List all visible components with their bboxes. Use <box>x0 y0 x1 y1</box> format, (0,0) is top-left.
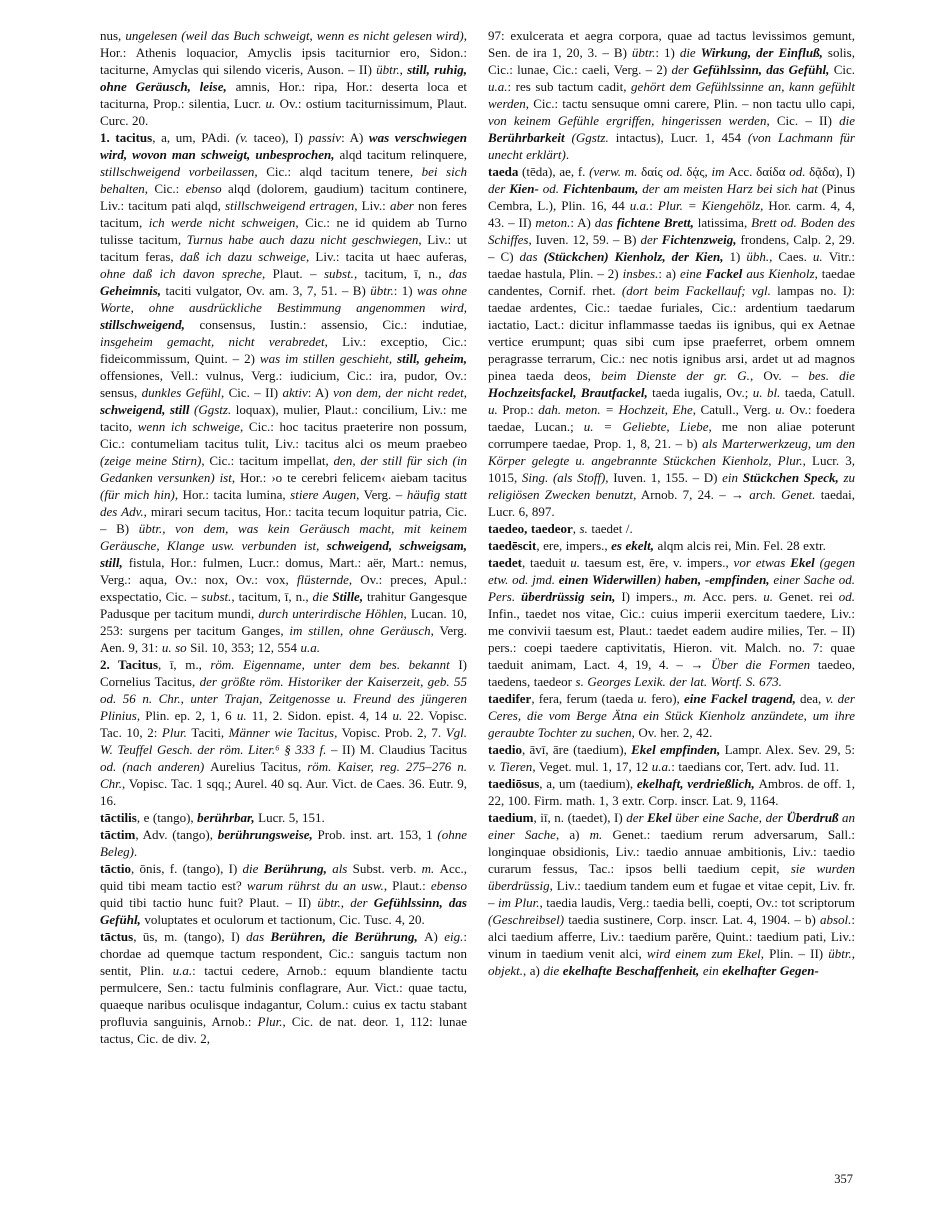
entry-taedescit: taedēscit, ere, impers., es ekelt, alqm … <box>488 537 855 554</box>
entry-tactus-continuation: 97: exulcerata et aegra corpora, quae ad… <box>488 27 855 163</box>
entry-taeda: taeda (tēda), ae, f. (verw. m. δαίς od. … <box>488 163 855 520</box>
left-column: nus, ungelesen (weil das Buch schweigt, … <box>100 27 467 1047</box>
entry-tacitus-1: 1. tacitus, a, um, PAdi. (v. taceo), I) … <box>100 129 467 656</box>
entry-taedifer: taedifer, fera, ferum (taeda u. fero), e… <box>488 690 855 741</box>
page-number: 357 <box>834 1172 853 1187</box>
entry-taciturnus-continuation: nus, ungelesen (weil das Buch schweigt, … <box>100 27 467 129</box>
entry-taediosus: taediōsus, a, um (taedium), ekelhaft, ve… <box>488 775 855 809</box>
text-columns: nus, ungelesen (weil das Buch schweigt, … <box>100 27 855 1047</box>
entry-tactio: tāctio, ōnis, f. (tango), I) die Berühru… <box>100 860 467 928</box>
entry-taedet: taedet, taeduit u. taesum est, ēre, v. i… <box>488 554 855 690</box>
entry-taedium: taedium, iī, n. (taedet), I) der Ekel üb… <box>488 809 855 979</box>
entry-Tacitus-2: 2. Tacitus, ī, m., röm. Eigenname, unter… <box>100 656 467 809</box>
entry-taedeo: taedeo, taedeor, s. taedet /. <box>488 520 855 537</box>
entry-tactim: tāctim, Adv. (tango), berührungsweise, P… <box>100 826 467 860</box>
dictionary-page: nus, ungelesen (weil das Buch schweigt, … <box>0 0 935 1210</box>
right-column: 97: exulcerata et aegra corpora, quae ad… <box>488 27 855 1047</box>
entry-tactilis: tāctilis, e (tango), berührbar, Lucr. 5,… <box>100 809 467 826</box>
entry-tactus: tāctus, ūs, m. (tango), I) das Berühren,… <box>100 928 467 1047</box>
entry-taedio: taedio, āvī, āre (taedium), Ekel empfind… <box>488 741 855 775</box>
